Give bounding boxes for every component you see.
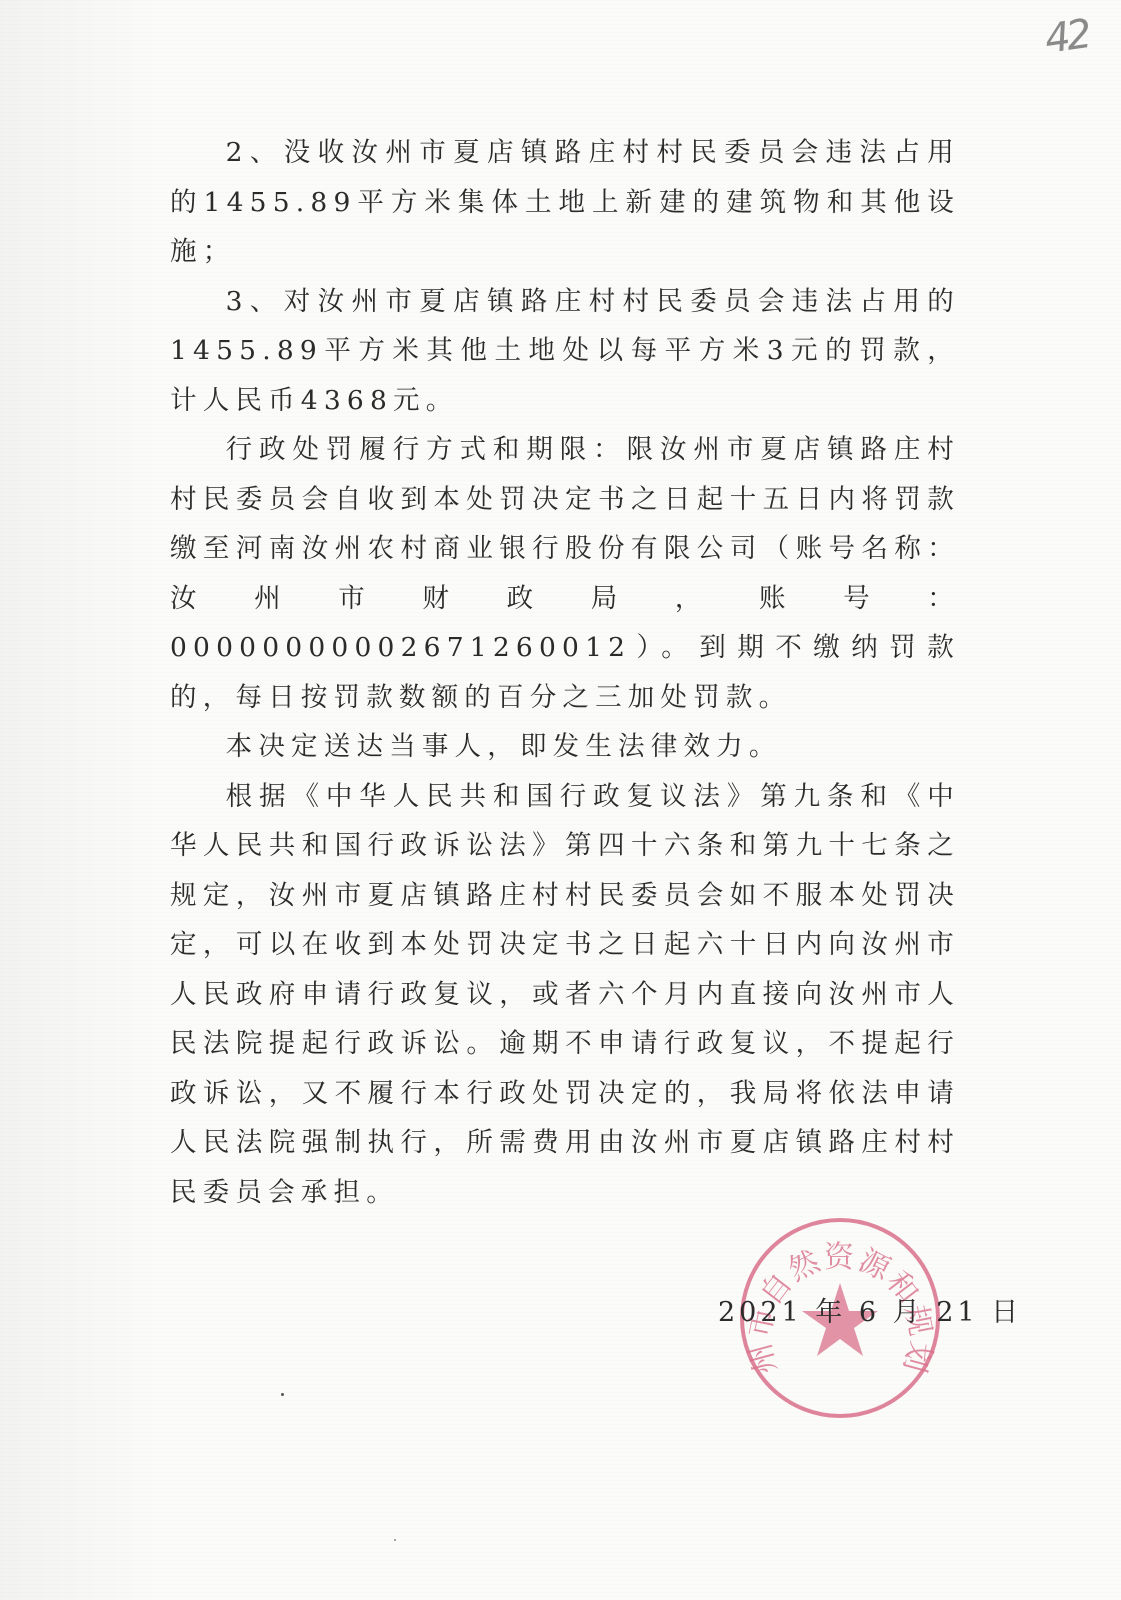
clause-2-confiscation: 2、没收汝州市夏店镇路庄村村民委员会违法占用的1455.89平方米集体土地上新建…: [170, 128, 960, 277]
issue-date: 2021 年 6 月 21 日: [718, 1290, 1022, 1329]
document-body: 2、没收汝州市夏店镇路庄村村民委员会违法占用的1455.89平方米集体土地上新建…: [170, 128, 960, 1217]
svg-text:汝州市自然资源和规划局: 汝州市自然资源和规划局: [735, 1213, 938, 1378]
effectiveness-paragraph: 本决定送达当事人，即发生法律效力。: [170, 722, 960, 772]
scan-speck: [281, 1393, 284, 1396]
payment-terms-paragraph: 行政处罚履行方式和期限：限汝州市夏店镇路庄村村民委员会自收到本处罚决定书之日起十…: [170, 425, 960, 722]
handwritten-page-number: 42: [1042, 11, 1091, 63]
scan-speck: [394, 1539, 396, 1541]
official-seal-icon: 汝州市自然资源和规划局: [735, 1213, 945, 1423]
appeal-rights-paragraph: 根据《中华人民共和国行政复议法》第九条和《中华人民共和国行政诉讼法》第四十六条和…: [170, 772, 960, 1218]
clause-3-fine: 3、对汝州市夏店镇路庄村村民委员会违法占用的1455.89平方米其他土地处以每平…: [170, 277, 960, 426]
